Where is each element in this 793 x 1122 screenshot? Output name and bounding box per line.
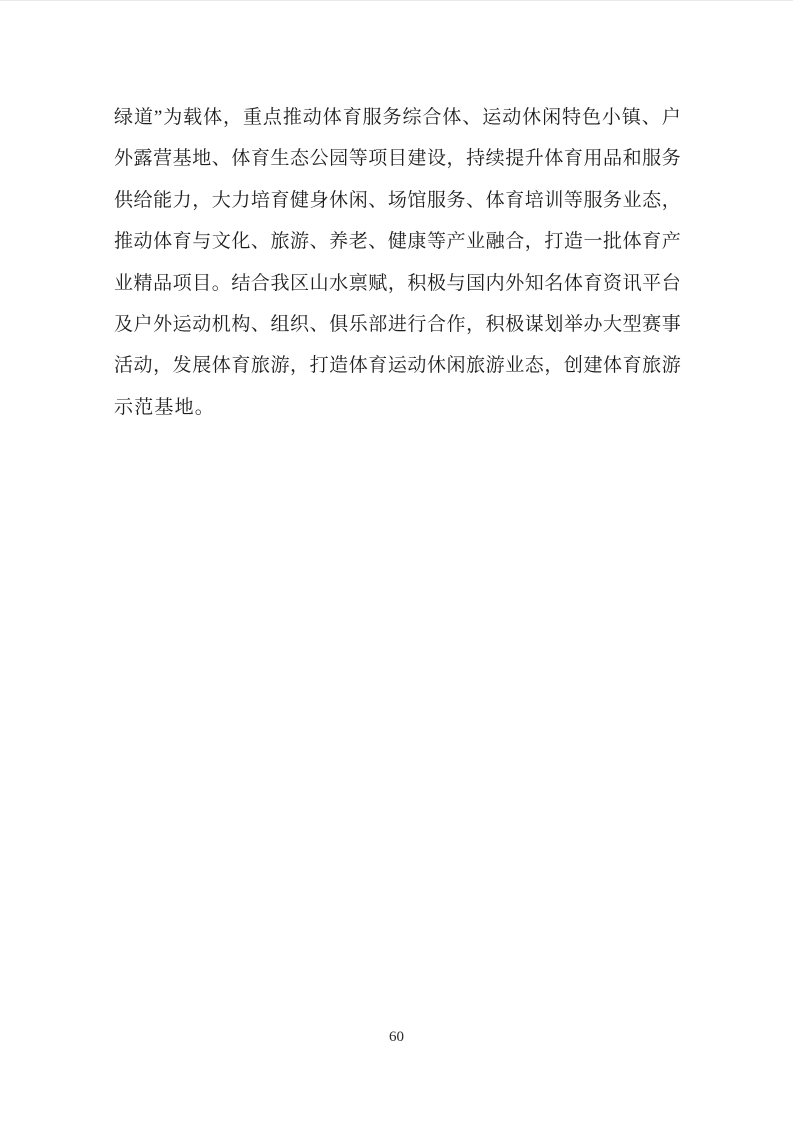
page-number: 60 bbox=[0, 1029, 793, 1046]
document-page: 绿道”为载体，重点推动体育服务综合体、运动休闲特色小镇、户 外露营基地、体育生态… bbox=[0, 0, 793, 1122]
paragraph-line-last: 示范基地。 bbox=[114, 387, 681, 428]
paragraph-line: 绿道”为载体，重点推动体育服务综合体、运动休闲特色小镇、户 bbox=[114, 97, 681, 138]
paragraph-line: 活动，发展体育旅游，打造体育运动休闲旅游业态，创建体育旅游 bbox=[114, 345, 681, 386]
paragraph-line: 外露营基地、体育生态公园等项目建设，持续提升体育用品和服务 bbox=[114, 138, 681, 179]
paragraph-line: 及户外运动机构、组织、俱乐部进行合作，积极谋划举办大型赛事 bbox=[114, 304, 681, 345]
paragraph-line: 业精品项目。结合我区山水禀赋，积极与国内外知名体育资讯平台 bbox=[114, 263, 681, 304]
paragraph-line: 推动体育与文化、旅游、养老、健康等产业融合，打造一批体育产 bbox=[114, 221, 681, 262]
paragraph-line: 供给能力，大力培育健身休闲、场馆服务、体育培训等服务业态， bbox=[114, 180, 681, 221]
body-paragraph: 绿道”为载体，重点推动体育服务综合体、运动休闲特色小镇、户 外露营基地、体育生态… bbox=[114, 97, 681, 428]
